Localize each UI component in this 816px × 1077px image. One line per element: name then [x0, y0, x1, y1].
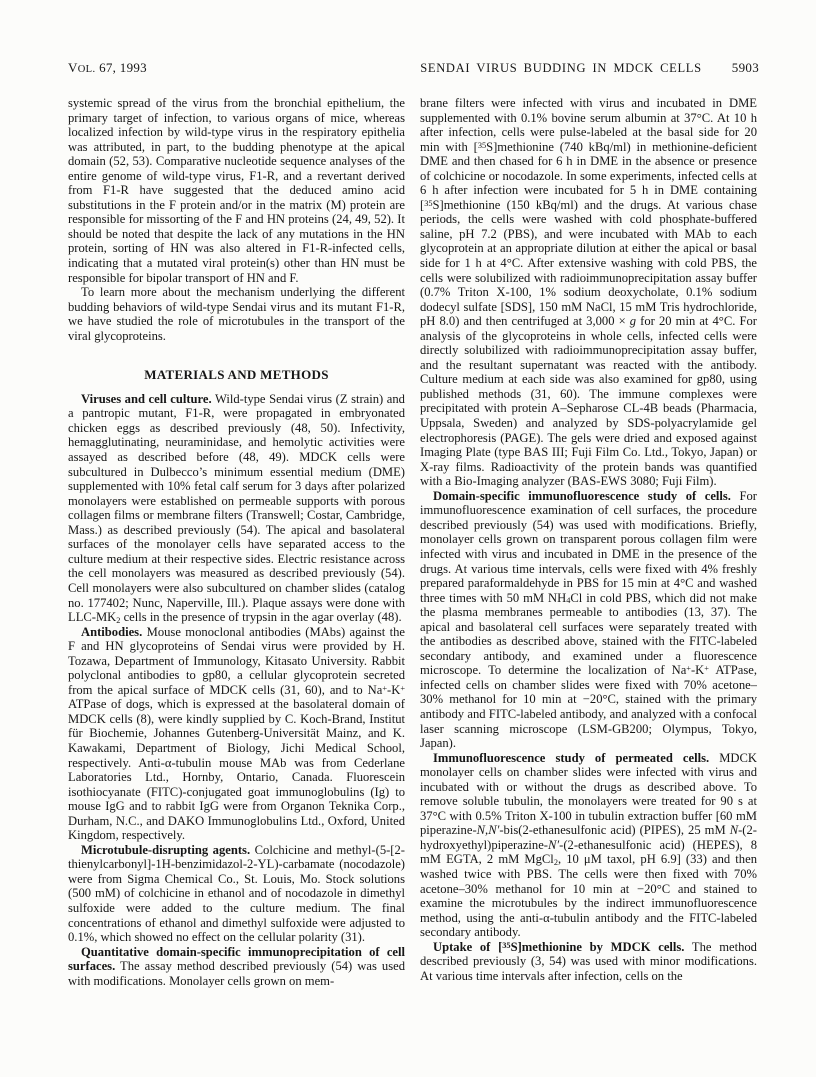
text-run: N′ [548, 838, 559, 852]
text-run: 35 [478, 141, 486, 150]
section-heading: MATERIALS AND METHODS [68, 368, 405, 383]
text-run: The assay method described previously (5… [68, 959, 405, 988]
text-run: For immunofluorescence examination of ce… [420, 489, 757, 605]
text-run: systemic spread of the virus from the br… [68, 96, 405, 285]
text-run: Colchicine and methyl-(5-[2-thienylcarbo… [68, 843, 405, 944]
text-run: Antibodies. [81, 625, 142, 639]
text-run: N,N′ [477, 823, 500, 837]
text-run: for 20 min at 4°C. For analysis of the g… [420, 314, 757, 488]
text-run: To learn more about the mechanism underl… [68, 285, 405, 343]
text-run: 35 [424, 199, 432, 208]
text-run: ATPase of dogs, which is expressed at th… [68, 697, 405, 842]
text-run: Viruses and cell culture. [81, 392, 212, 406]
text-run: S]methionine (150 kBq/ml) and the drugs.… [420, 198, 757, 328]
text-run: Wild-type Sendai virus (Z strain) and a … [68, 392, 405, 624]
text-run: 35 [502, 941, 510, 950]
paragraph: systemic spread of the virus from the br… [68, 96, 405, 285]
text-run: -bis(2-ethanesulfonic acid) (PIPES), 25 … [499, 823, 729, 837]
text-run: 67, 1993 [96, 60, 147, 75]
text-run: N [730, 823, 738, 837]
text-run: OL. [78, 64, 96, 75]
paragraph: brane filters were infected with virus a… [420, 96, 757, 489]
text-run: 2 [116, 616, 120, 625]
paragraph: Uptake of [35S]methionine by MDCK cells.… [420, 940, 757, 984]
paragraph: Antibodies. Mouse monoclonal antibodies … [68, 625, 405, 843]
text-run: Domain-specific immunofluorescence study… [433, 489, 731, 503]
text-run: + [400, 684, 405, 693]
text-run: Microtubule-disrupting agents. [81, 843, 250, 857]
text-run: S]methionine by MDCK cells. [511, 940, 685, 954]
text-run: + [704, 664, 709, 673]
volume-info: VOL. 67, 1993 [68, 60, 147, 76]
page-number: 5903 [732, 60, 759, 76]
running-title: SENDAI VIRUS BUDDING IN MDCK CELLS [420, 61, 702, 76]
text-run: -K [387, 683, 400, 697]
text-run: -K [691, 663, 704, 677]
running-header: SENDAI VIRUS BUDDING IN MDCK CELLS 5903 [420, 60, 759, 76]
paragraph: Microtubule-disrupting agents. Colchicin… [68, 843, 405, 945]
text-run: V [68, 60, 78, 75]
journal-page: VOL. 67, 1993 SENDAI VIRUS BUDDING IN MD… [0, 0, 816, 1077]
text-run: 4 [566, 596, 570, 605]
left-column: systemic spread of the virus from the br… [68, 96, 405, 1028]
text-run: cells in the presence of trypsin in the … [120, 610, 401, 624]
text-run: + [382, 684, 387, 693]
text-run: Uptake of [ [433, 940, 502, 954]
text-run: + [686, 664, 691, 673]
paragraph: To learn more about the mechanism underl… [68, 285, 405, 343]
page-header: VOL. 67, 1993 SENDAI VIRUS BUDDING IN MD… [68, 60, 759, 76]
paragraph: Domain-specific immunofluorescence study… [420, 489, 757, 751]
paragraph: Viruses and cell culture. Wild-type Send… [68, 392, 405, 625]
paragraph: Quantitative domain-specific immunopreci… [68, 945, 405, 989]
right-column: brane filters were infected with virus a… [420, 96, 757, 1028]
text-run: Immunofluorescence study of permeated ce… [433, 751, 709, 765]
text-run: 2 [554, 858, 558, 867]
paragraph: Immunofluorescence study of permeated ce… [420, 751, 757, 940]
article-body: systemic spread of the virus from the br… [68, 96, 757, 1028]
